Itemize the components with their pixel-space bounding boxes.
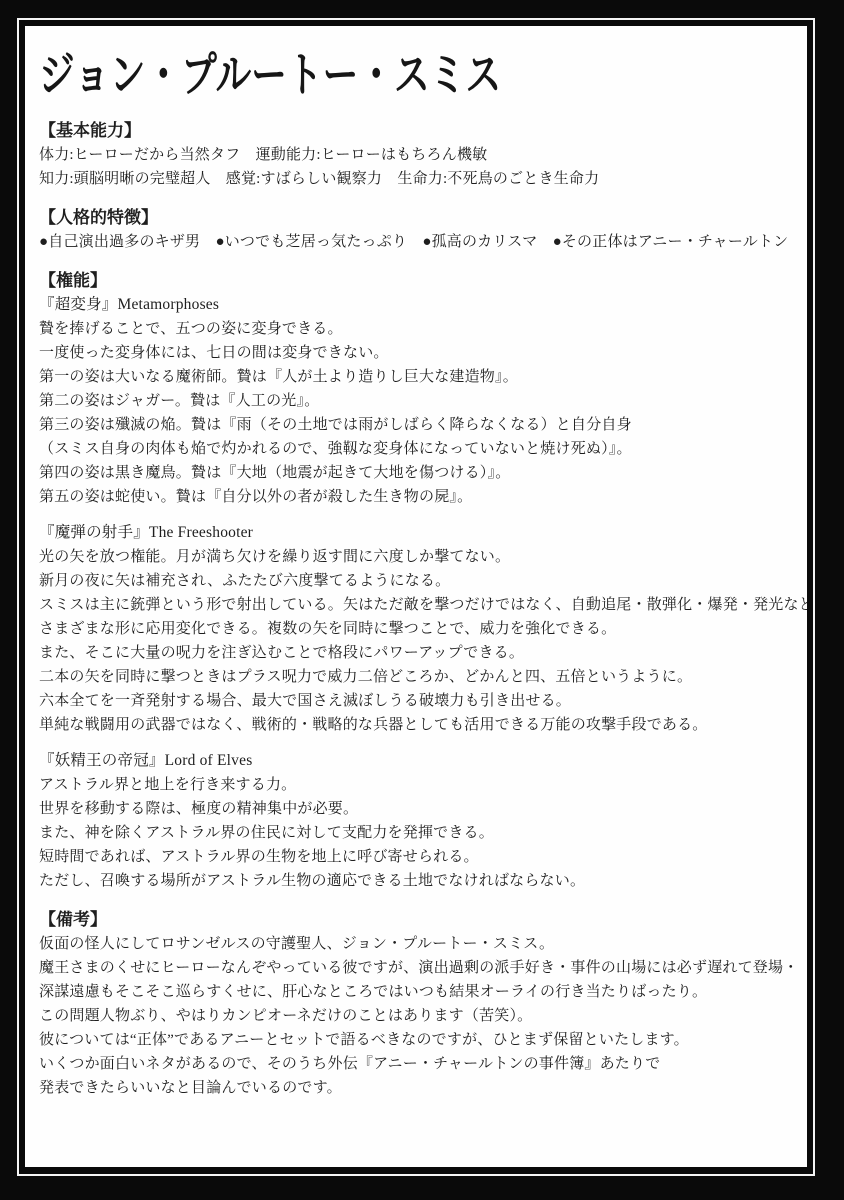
page-title: ジョン・プルートー・スミス (39, 50, 601, 99)
section-notes: 【備考】 仮面の怪人にしてロサンゼルスの守護聖人、ジョン・プルートー・スミス。魔… (39, 908, 779, 1100)
powers-list: 『超変身』Metamorphoses贄を捧げることで、五つの姿に変身できる。一度… (39, 293, 779, 893)
section-heading-personality: 【人格的特徴】 (39, 206, 779, 230)
text-line: また、神を除くアストラル界の住民に対して支配力を発揮できる。 (39, 821, 779, 845)
text-line: また、そこに大量の呪力を注ぎ込むことで格段にパワーアップできる。 (39, 641, 779, 665)
power-block: 『妖精王の帝冠』Lord of Elvesアストラル界と地上を行き来する力。世界… (39, 749, 779, 893)
text-line: ●自己演出過多のキザ男 ●いつでも芝居っ気たっぷり ●孤高のカリスマ ●その正体… (39, 230, 779, 254)
text-line: この問題人物ぶり、やはりカンピオーネだけのことはあります（苦笑）。 (39, 1004, 779, 1028)
section-heading-basic: 【基本能力】 (39, 119, 779, 143)
section-heading-authorities: 【権能】 (39, 269, 779, 293)
text-line: 光の矢を放つ権能。月が満ち欠けを繰り返す間に六度しか撃てない。 (39, 545, 779, 569)
text-line: 新月の夜に矢は補充され、ふたたび六度撃てるようになる。 (39, 569, 779, 593)
text-line: 発表できたらいいなと目論んでいるのです。 (39, 1076, 779, 1100)
text-line: 第三の姿は殲滅の焔。贄は『雨（その土地では雨がしばらく降らなくなる）と自分自身 (39, 413, 779, 437)
text-line: アストラル界と地上を行き来する力。 (39, 773, 779, 797)
text-line: 世界を移動する際は、極度の精神集中が必要。 (39, 797, 779, 821)
power-name: 『妖精王の帝冠』Lord of Elves (39, 749, 779, 773)
basic-ability-lines: 体力:ヒーローだから当然タフ 運動能力:ヒーローはもちろん機敏知力:頭脳明晰の完… (39, 143, 779, 191)
section-heading-notes: 【備考】 (39, 908, 779, 932)
text-line: 魔王さまのくせにヒーローなんぞやっている彼ですが、演出過剰の派手好き・事件の山場… (39, 956, 779, 980)
text-line: （スミス自身の肉体も焔で灼かれるので、強靱な変身体になっていないと焼け死ぬ）』。 (39, 437, 779, 461)
text-line: スミスは主に銃弾という形で射出している。矢はただ敵を撃つだけではなく、自動追尾・… (39, 593, 779, 617)
text-line: 六本全てを一斉発射する場合、最大で国さえ滅ぼしうる破壊力も引き出せる。 (39, 689, 779, 713)
text-line: 仮面の怪人にしてロサンゼルスの守護聖人、ジョン・プルートー・スミス。 (39, 932, 779, 956)
text-line: ただし、召喚する場所がアストラル生物の適応できる土地でなければならない。 (39, 869, 779, 893)
frame-pinstripe: ジョン・プルートー・スミス 【基本能力】 体力:ヒーローだから当然タフ 運動能力… (17, 18, 815, 1176)
section-basic-abilities: 【基本能力】 体力:ヒーローだから当然タフ 運動能力:ヒーローはもちろん機敏知力… (39, 119, 779, 191)
power-name: 『魔弾の射手』The Freeshooter (39, 521, 779, 545)
text-line: 第二の姿はジャガー。贄は『人工の光』。 (39, 389, 779, 413)
document-page: ジョン・プルートー・スミス 【基本能力】 体力:ヒーローだから当然タフ 運動能力… (25, 26, 807, 1167)
power-name: 『超変身』Metamorphoses (39, 293, 779, 317)
text-line: 一度使った変身体には、七日の間は変身できない。 (39, 341, 779, 365)
text-line: 二本の矢を同時に撃つときはプラス呪力で威力二倍どころか、どかんと四、五倍というよ… (39, 665, 779, 689)
text-line: 第五の姿は蛇使い。贄は『自分以外の者が殺した生き物の屍』。 (39, 485, 779, 509)
text-line: 知力:頭脳明晰の完璧超人 感覚:すばらしい観察力 生命力:不死鳥のごとき生命力 (39, 167, 779, 191)
text-line: 第四の姿は黒き魔鳥。贄は『大地（地震が起きて大地を傷つける）』。 (39, 461, 779, 485)
text-line: 体力:ヒーローだから当然タフ 運動能力:ヒーローはもちろん機敏 (39, 143, 779, 167)
personality-trait-lines: ●自己演出過多のキザ男 ●いつでも芝居っ気たっぷり ●孤高のカリスマ ●その正体… (39, 230, 779, 254)
section-personality-traits: 【人格的特徴】 ●自己演出過多のキザ男 ●いつでも芝居っ気たっぷり ●孤高のカリ… (39, 206, 779, 254)
text-line: 深謀遠慮もそこそこ巡らすくせに、肝心なところではいつも結果オーライの行き当たりば… (39, 980, 779, 1004)
text-line: 第一の姿は大いなる魔術師。贄は『人が土より造りし巨大な建造物』。 (39, 365, 779, 389)
text-line: 贄を捧げることで、五つの姿に変身できる。 (39, 317, 779, 341)
text-line: さまざまな形に応用変化できる。複数の矢を同時に撃つことで、威力を強化できる。 (39, 617, 779, 641)
text-line: 短時間であれば、アストラル界の生物を地上に呼び寄せられる。 (39, 845, 779, 869)
power-block: 『魔弾の射手』The Freeshooter光の矢を放つ権能。月が満ち欠けを繰り… (39, 521, 779, 737)
text-line: 彼については“正体”であるアニーとセットで語るべきなのですが、ひとまず保留といた… (39, 1028, 779, 1052)
text-line: いくつか面白いネタがあるので、そのうち外伝『アニー・チャールトンの事件簿』あたり… (39, 1052, 779, 1076)
power-block: 『超変身』Metamorphoses贄を捧げることで、五つの姿に変身できる。一度… (39, 293, 779, 509)
outer-frame: ジョン・プルートー・スミス 【基本能力】 体力:ヒーローだから当然タフ 運動能力… (0, 0, 844, 1200)
notes-lines: 仮面の怪人にしてロサンゼルスの守護聖人、ジョン・プルートー・スミス。魔王さまのく… (39, 932, 779, 1100)
section-authorities: 【権能】 『超変身』Metamorphoses贄を捧げることで、五つの姿に変身で… (39, 269, 779, 893)
text-line: 単純な戦闘用の武器ではなく、戦術的・戦略的な兵器としても活用できる万能の攻撃手段… (39, 713, 779, 737)
